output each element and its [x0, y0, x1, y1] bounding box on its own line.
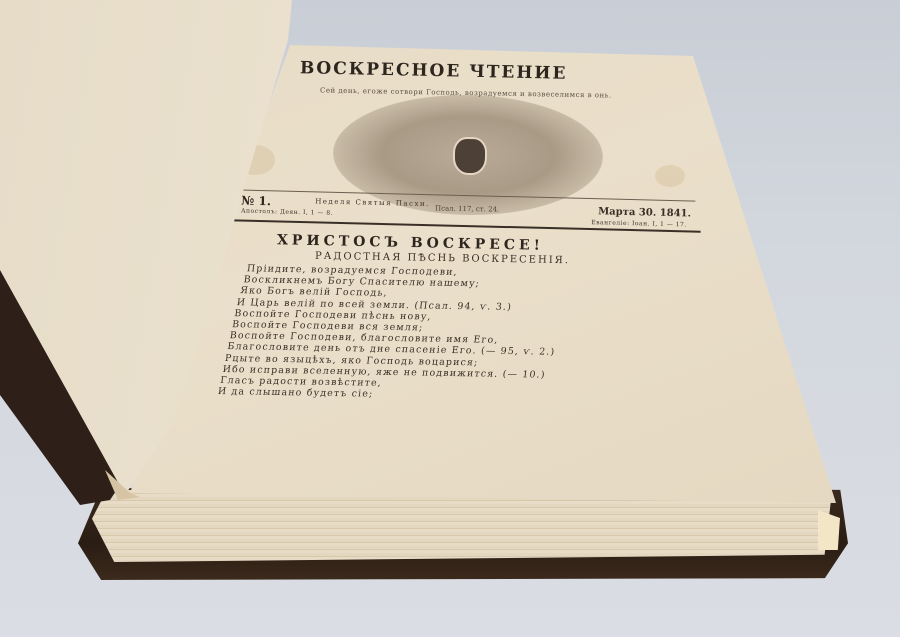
verse-block: Пріидите, возрадуемся Господеви, Восклик… [217, 263, 693, 405]
foxing-stain [655, 165, 685, 187]
issue-bar: № 1. Неделя Святыя Пасхи. Апостолъ: Деян… [235, 189, 696, 236]
apostle-reading: Апостолъ: Деян. I, 1 — 8. [241, 208, 333, 217]
issue-week: Неделя Святыя Пасхи. [315, 197, 430, 208]
issue-number: № 1. [241, 194, 271, 209]
photo-scene: ВОСКРЕСНОЕ ЧТЕНИЕ Сей день, егоже сотвор… [0, 0, 900, 637]
masthead-title: ВОСКРЕСНОЕ ЧТЕНИЕ [300, 58, 568, 84]
cross-emblem-icon [453, 137, 488, 176]
page-text: ВОСКРЕСНОЕ ЧТЕНИЕ Сей день, егоже сотвор… [215, 55, 715, 415]
gospel-reading: Евангеліе: Іоан. I, 1 — 17. [591, 219, 687, 228]
issue-date: Марта 30. 1841. [598, 206, 691, 219]
